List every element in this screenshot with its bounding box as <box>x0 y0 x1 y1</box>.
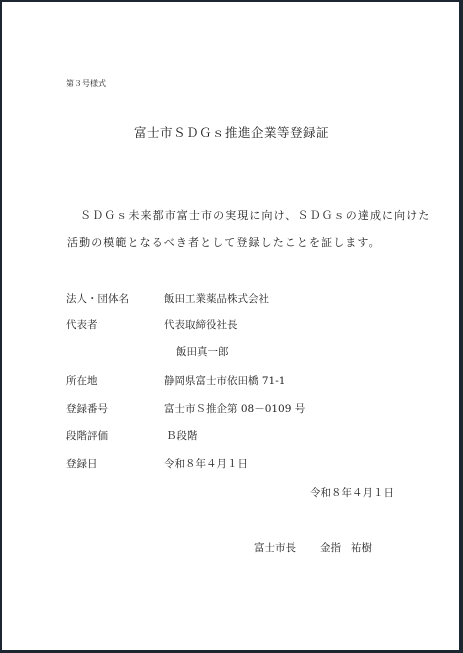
body-text-line-1: ＳＤＧｓ未来都市富士市の実現に向け、ＳＤＧｓの達成に向けた <box>80 210 430 221</box>
field-label-organization: 法人・団体名 <box>66 294 129 305</box>
field-label-registration-number: 登録番号 <box>66 404 108 415</box>
field-label-registration-date: 登録日 <box>66 459 98 470</box>
document-title: 富士市ＳＤＧｓ推進企業等登録証 <box>0 127 463 140</box>
field-value-representative-name: 飯田真一郎 <box>176 347 229 358</box>
field-value-representative-title: 代表取締役社長 <box>164 320 238 331</box>
form-number: 第３号様式 <box>66 80 106 88</box>
field-label-representative: 代表者 <box>66 320 98 331</box>
field-value-grade: Ｂ段階 <box>166 431 198 442</box>
field-label-address: 所在地 <box>66 376 98 387</box>
field-value-registration-date: 令和８年４月１日 <box>164 459 248 470</box>
issuer-given-name: 祐樹 <box>351 543 372 554</box>
field-value-registration-number: 富士市Ｓ推企第 08－0109 号 <box>164 404 305 415</box>
field-value-organization: 飯田工業薬品株式会社 <box>164 294 269 305</box>
issuer-family-name: 金指 <box>320 543 341 554</box>
issue-date: 令和８年４月１日 <box>310 488 394 499</box>
issuer-title: 富士市長 <box>254 543 296 554</box>
field-label-grade: 段階評価 <box>66 431 108 442</box>
body-text-line-2: 活動の模範となるべき者として登録したことを証します。 <box>67 237 381 248</box>
field-value-address: 静岡県富士市依田橋 71-1 <box>164 376 285 387</box>
